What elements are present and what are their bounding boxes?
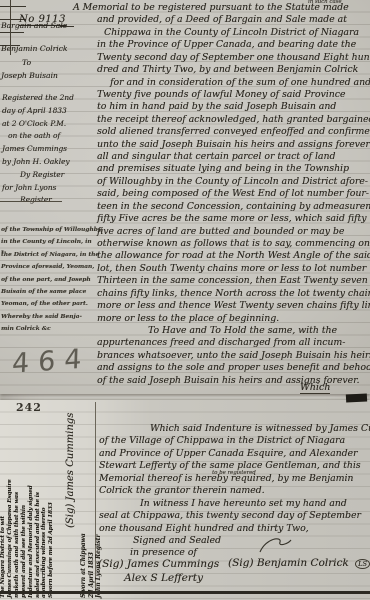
ink-blot (346, 393, 367, 402)
witness-clause-line: Signed and Sealed (0, 535, 370, 547)
scanned-deed-register-page: No 9113 Bargain and Sale Benjamin Colric… (0, 0, 370, 600)
memorial-line: Twenty five pounds of lawful Money of sa… (0, 89, 370, 101)
memorial-page: No 9113 Bargain and Sale Benjamin Colric… (0, 0, 370, 394)
grantor-signature: (Sig) Benjamin Colrick LS (228, 557, 370, 569)
memorial-line: and premises situate lying and being in … (0, 163, 370, 175)
witness-clause-line: In witness I have hereunto set my hand a… (0, 498, 370, 510)
memorial-line: more or less and thence West Twenty seve… (0, 300, 370, 312)
memorial-body-text: A Memorial to be registered pursuant to … (0, 2, 370, 387)
memorial-line: unto the said Joseph Buisain his heirs a… (0, 139, 370, 151)
memorial-line: sold aliened transferred conveyed enfeof… (0, 126, 370, 138)
bottom-rule (0, 591, 370, 594)
memorial-line: fifty Five acres be the same more or les… (0, 213, 370, 225)
memorial-line: and provided, of a Deed of Bargain and S… (0, 14, 370, 26)
witness-signature-2: Alex S Lefferty (124, 572, 203, 584)
catchword: Which (300, 382, 330, 394)
memorial-line: the allowance for road at the North West… (0, 250, 370, 262)
sig-prefix: (Sig) (228, 557, 253, 569)
sig-prefix: (Sig) (98, 558, 123, 570)
witness-clause-line: of the Village of Chippawa in the Distri… (0, 435, 370, 447)
grantor-name: Benjamin Colrick (257, 557, 349, 569)
memorial-line: of Willoughby in the County of Lincoln a… (0, 176, 370, 188)
memorial-line: A Memorial to be registered pursuant to … (0, 2, 370, 14)
witness-clause-line: Which said Indenture is witnessed by Jam… (0, 423, 370, 435)
seal-mark: LS (355, 559, 370, 569)
memorial-line: dred and Thirty Two, by and between Benj… (0, 64, 370, 76)
memorial-line: more or less to the place of beginning. (0, 313, 370, 325)
memorial-line: Thirteen in the same concession, then Ea… (0, 275, 370, 287)
witness-clause-line: seal at Chippawa, this twenty second day… (0, 510, 370, 522)
witness-signature-1: (Sig) James Cummings (98, 558, 219, 570)
witness-clause-line: Memorial thereof is hereby required, by … (0, 473, 370, 485)
memorial-line: otherwise known as follows that is to sa… (0, 238, 370, 250)
witness-clause-line: Stewart Lefferty of the same place Gentl… (0, 460, 370, 472)
memorial-line: Twenty second day of September one thous… (0, 52, 370, 64)
memorial-line: the receipt thereof acknowledged, hath g… (0, 114, 370, 126)
memorial-line: Chippawa in the County of Lincoln Distri… (0, 27, 370, 39)
memorial-line: in the Province of Upper Canada, and bea… (0, 39, 370, 51)
memorial-line: lot, then South Twenty chains more or le… (0, 263, 370, 275)
witness-1-name: James Cummings (127, 558, 219, 570)
signature-flourish (258, 536, 292, 554)
memorial-line: all and singular that certain parcel or … (0, 151, 370, 163)
page-number: 242 (16, 401, 42, 414)
memorial-line: said, being composed of the West End of … (0, 188, 370, 200)
memorial-line: To Have and To Hold the same, with the (0, 325, 370, 337)
memorial-line: teen in the second Concession, containin… (0, 201, 370, 213)
witness-clause-line: one thousand Eight hundred and thirty Tw… (0, 523, 370, 535)
memorial-line: to him in hand paid by the said Joseph B… (0, 101, 370, 113)
witness-clause-line: and Province of Upper Canada Esquire, an… (0, 448, 370, 460)
memorial-line: five acres of land are butted and bounde… (0, 226, 370, 238)
witness-clause-line: Colrick the grantor therein named. (0, 485, 370, 497)
pencil-folio-number: 464 (12, 343, 91, 380)
witness-clause-text: Which said Indenture is witnessed by Jam… (0, 423, 370, 560)
memorial-line: chains fifty links, thence North across … (0, 288, 370, 300)
memorial-line: for and in consideration of the sum of o… (0, 77, 370, 89)
